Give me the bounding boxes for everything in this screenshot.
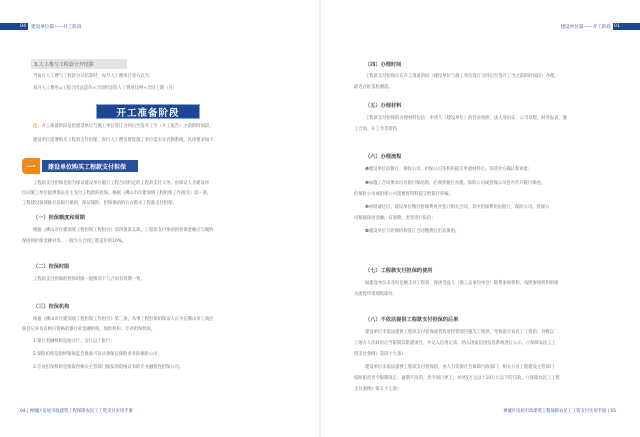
process-step-4: ❹建设单位与担保机构签订合同缴费后出具保函。 xyxy=(365,229,459,234)
subsection-title-7: （七）工程款支付担保的使用 xyxy=(365,268,432,274)
process-step-3-cont: 司根据保函金额、有效期、类型进行报价； xyxy=(354,216,436,221)
subsection-4-line: 最迟在桩基检测前。 xyxy=(354,85,393,90)
process-step-3: ❸审批通过后，建设单位缴付担保费用并签订相关合同，其中担保费用由银行、保险公司、… xyxy=(365,205,549,210)
subsection-title-3: （三）担保机构 xyxy=(33,304,69,310)
section3-formula: 每月人工费用=工程合同总造价×合同约定的人工费用比例÷合同工期（月） xyxy=(33,86,177,91)
subsection-title-2: （二）担保时限 xyxy=(33,264,69,270)
section-one-para-line: 工程建设领域推行以银行保函、保证保险、担保保函的方式购买工程款支付担保。 xyxy=(22,201,177,206)
institution-item: 2.保险机构是指经银保监会批准可以从事保证保险业务的保险公司； xyxy=(33,352,162,357)
right-header-bar: 01 xyxy=(613,23,640,30)
section-one-heading: 一 建设单位购买工程款支付担保 xyxy=(22,158,138,174)
subsection-title-5: （五）办理材料 xyxy=(365,103,401,109)
subsection-7-line: 如建设单位未及时足额支付工程款，保函受益人（施工总承包单位）联系参保机构，按照参… xyxy=(365,281,558,286)
consequence-line: 建设单位未依法提供工程款支付担保或者政府投资项目拖欠工程款，导致拖欠农民工工资的… xyxy=(365,330,554,335)
subsection-title-1: （一）担保额度和周期 xyxy=(33,215,85,221)
consequence-line: 按照职责责令限期改正；逾期不改的，责令项目停工，并处5万元以上10万元以下的罚款… xyxy=(354,376,560,381)
section-one-para-line: 位向施工单位提供保证业主支付工程款的担保。根据《佛山市住建领域工程担保工作指引》… xyxy=(22,191,211,196)
section-one-para-line: 工程款支付担保是指为保证建设单位履行工程合同约定的工程款支付义务，由保证人为建设… xyxy=(33,181,209,186)
right-page: 建设单位篇——开工阶段 01 （四）办理时间 工程款支付担保应在开工准备阶段（建… xyxy=(320,0,640,437)
left-header-title: 建设单位篇——开工阶段 xyxy=(31,24,82,30)
institution-item: 3.专业担保机构是指取得相关主管部门核发的资格证书的专业融资性担保公司。 xyxy=(33,365,183,370)
subsection-title-4: （四）办理时间 xyxy=(365,62,401,68)
left-page: 04 建设单位篇——开工阶段 3.人工费与工程款分开结算 当每月人工费与工程款分… xyxy=(0,0,320,437)
left-footer: 04 | 禅城区房屋市政建筑工程保障农民工工资支付实用手册 xyxy=(20,408,133,414)
subsection-3-line: 根据《佛山市住建领域工程担保工作指引》第三条，从事工程担保的保证人应为在佛山市工… xyxy=(33,317,213,322)
process-step-1: ❶建设单位向银行、保险公司、担保公司等机构提交申请材料后，等待对方确认和审批； xyxy=(365,167,532,172)
section-number-badge: 一 xyxy=(22,158,40,174)
left-header-bar: 04 xyxy=(0,23,28,30)
subsection-3-line: 册登记并具有相应资格的银行业金融机构、保险机构、专业担保机构。 xyxy=(22,327,155,332)
subsection-1-line: 根据《佛山市住建领域工程担保工程指引》第四条第五款，工程款支付保函的担保金额应与… xyxy=(33,228,213,233)
subsection-5-line: 工程款支付担保的办理材料包括：申请人（建设单位）的营业执照、法人身份证、公司章程… xyxy=(365,116,567,121)
note-text: ：开工准备阶段是指建设单位与施工单位签订合同后至签开工令（开工报告）之前的时间段… xyxy=(37,124,213,129)
stage-banner-title: 开工准备阶段 xyxy=(116,105,179,119)
section-one-title: 建设单位购买工程款支付担保 xyxy=(42,160,138,172)
stage-intro: 建设单位需要购买工程款支付担保，预付人工费及督促施工单位落实实名制系统，具体要求… xyxy=(33,138,218,143)
subsection-title-8: （八）不依法提供工程款支付担保的后果 xyxy=(365,317,458,323)
subsection-title-6: （六）办理流程 xyxy=(365,154,401,160)
document-spread: 04 建设单位篇——开工阶段 3.人工费与工程款分开结算 当每月人工费与工程款分… xyxy=(0,0,640,437)
consequence-line: 上地方人民政府应当限制其新建项目，并记入信用记录，纳入国家信用信息系统进行公示。… xyxy=(354,341,556,346)
subsection-2-line: 工程款支付担保的担保时限一般情况下与合同有效期一致。 xyxy=(33,277,145,282)
stage-note: 注：开工准备阶段是指建设单位与施工单位签订合同后至签开工令（开工报告）之前的时间… xyxy=(33,124,213,129)
section3-title: 3.人工费与工程款分开结算 xyxy=(34,61,94,68)
stage-banner: 开工准备阶段 xyxy=(96,104,200,119)
process-step-2-cont: 但保险公司或担保公司需要将资料提交给银行审核； xyxy=(354,192,453,197)
section3-line-1: 当每月人工费与工程款分开结算时，每月人工费用计算方式为： xyxy=(33,74,153,79)
section3-title-box: 3.人工费与工程款分开结算 xyxy=(31,59,127,69)
subsection-4-line: 工程款支付担保应在开工准备阶段（建设单位与施工单位签订合同后至签开工令之前的时间… xyxy=(365,74,558,79)
right-header-title: 建设单位篇——开工阶段 xyxy=(560,24,611,30)
subsection-7-line: 关流程申请理赔即可。 xyxy=(354,292,397,297)
institution-item: 1.银行金融机构是指分行、支行以上银行； xyxy=(33,339,114,344)
subsection-1-line: 保函的担保金额对等，一般为主合同工程造价的10%。 xyxy=(22,239,126,244)
right-footer: 禅城区房屋市政建筑工程保障农民工工资支付实用手册 | 05 xyxy=(503,408,616,414)
consequence-line: 建设单位未依法提供工程款支付担保的，由人力资源社会保障行政部门、相关行业工程建设… xyxy=(365,365,554,370)
subsection-5-line: 工合同、开工令等资料。 xyxy=(354,127,401,132)
consequence-line: 支付条例》第五十七条） xyxy=(354,387,401,392)
consequence-line: 资支付条例》第四十九条） xyxy=(354,352,406,357)
left-running-header: 04 建设单位篇——开工阶段 xyxy=(0,23,82,30)
right-running-header: 建设单位篇——开工阶段 01 xyxy=(560,23,640,30)
process-step-2: ❷如施工合同要求出具银行保函的，必须到银行办理，保险公司或担保公司也可代开银行保… xyxy=(365,181,545,186)
